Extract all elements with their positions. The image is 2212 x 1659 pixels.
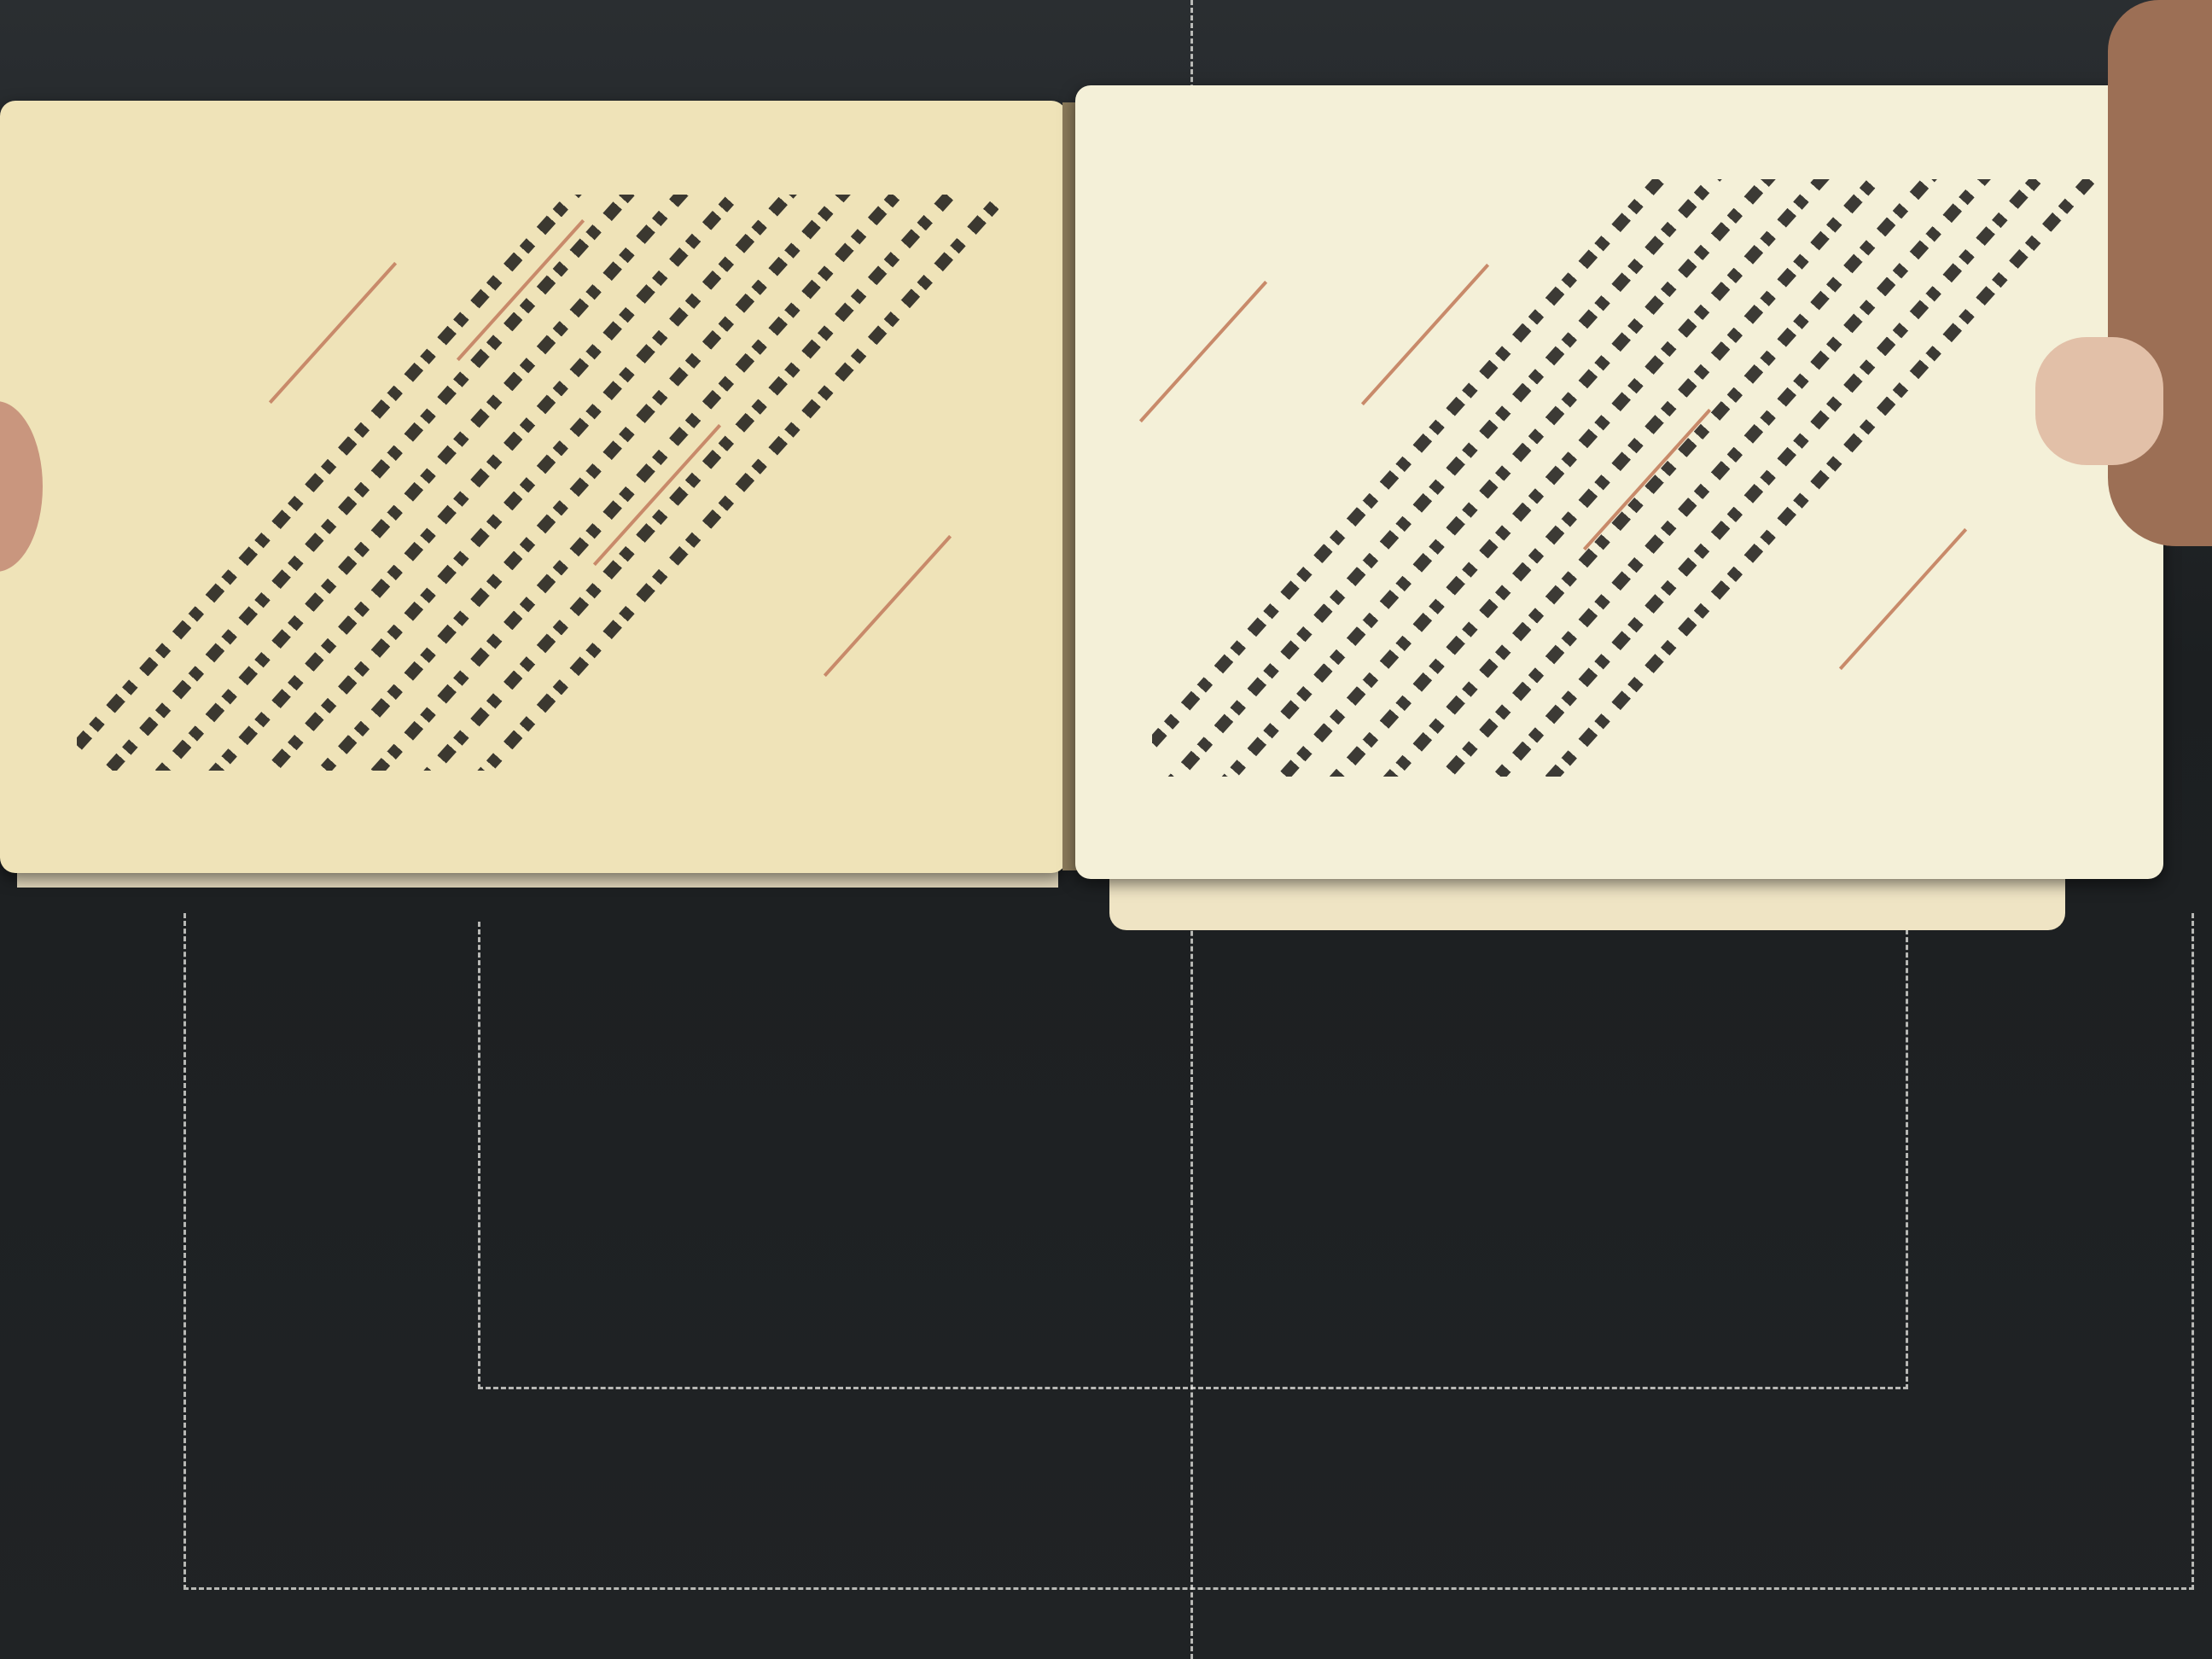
- right-hand: [2108, 0, 2212, 546]
- left-page-text-block: [77, 195, 998, 771]
- chalk-outline-outer: [183, 913, 2194, 1590]
- right-page-text-block: [1152, 179, 2095, 777]
- right-manuscript-page: [1075, 85, 2163, 879]
- right-thumb: [2035, 337, 2163, 465]
- left-manuscript-page: [0, 101, 1067, 873]
